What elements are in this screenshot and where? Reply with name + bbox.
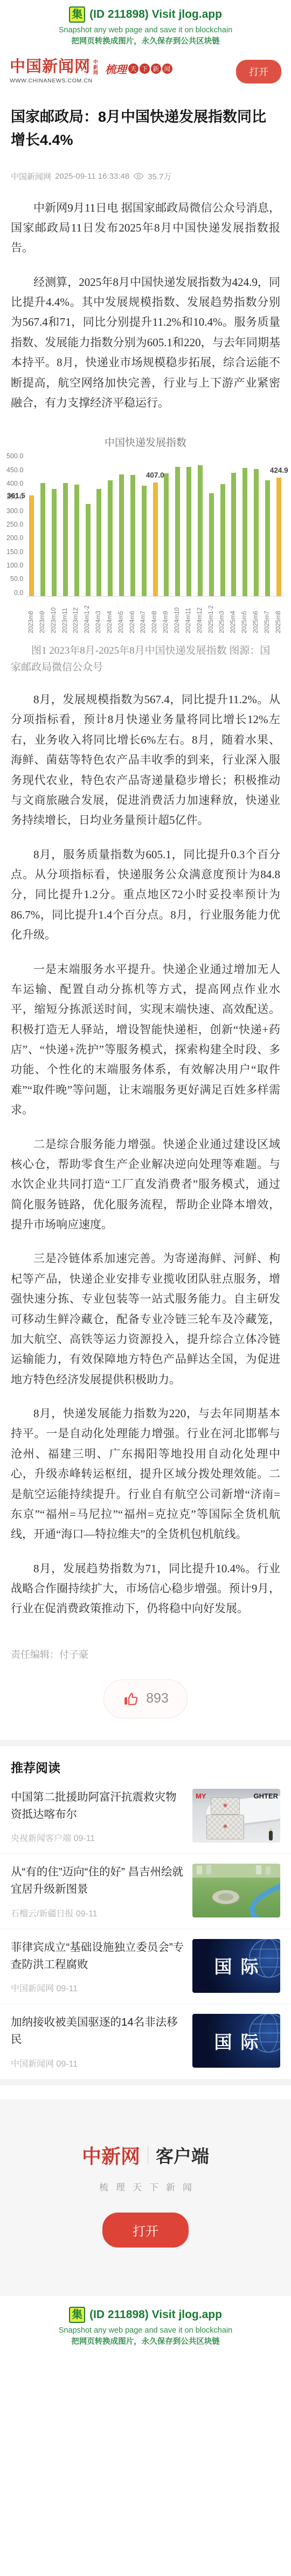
recommend-item[interactable]: 菲律宾成立“基础设施独立委员会”专查防洪工程腐败 中国新闻网 09-11 国际 — [0, 1929, 291, 2004]
chinanews-logo[interactable]: 中国新闻网 中新网 WWW.CHINANEWS.COM.CN — [10, 59, 98, 84]
editor-line: 责任编辑：付子豪 — [0, 1633, 291, 1661]
logo-side-text: 中新网 — [92, 59, 98, 75]
chart-x-tick: 2023m11 — [63, 599, 69, 633]
chart-bar — [186, 467, 191, 596]
like-count: 893 — [146, 1691, 169, 1706]
chart-x-tick: 2024m10 — [175, 599, 181, 633]
chart-bar — [96, 489, 101, 596]
chart-x-tick: 2025m3 — [219, 599, 226, 633]
footer-client-label: 客户端 — [156, 2143, 209, 2168]
slogan-circle: 下 — [140, 64, 150, 74]
chart-bar — [209, 493, 214, 596]
ji-icon: 集 — [69, 6, 85, 23]
chart-value-label: 361.5 — [7, 492, 25, 500]
article-paragraph: 一是末端服务水平提升。快递企业通过增加无人车运输、配置自动分拣机等方式，提高网点… — [11, 960, 280, 1121]
promo-subtitle-cn: 把网页转换成图片，永久保存到公共区块链 — [0, 35, 291, 46]
chart-value-label: 424.9 — [270, 466, 288, 474]
jlog-promo-banner-bottom[interactable]: 集 (ID 211898) Visit jlog.app Snapshot an… — [0, 2296, 291, 2352]
figure-caption: 图1 2023年8月-2025年8月中国快递发展指数 图源：国家邮政局微信公众号 — [0, 633, 291, 676]
chart-x-tick: 2024m11 — [186, 599, 192, 633]
site-header: 中国新闻网 中新网 WWW.CHINANEWS.COM.CN 梳理 天下新闻 打… — [0, 52, 291, 89]
jlog-promo-banner-top[interactable]: 集 (ID 211898) Visit jlog.app Snapshot an… — [0, 0, 291, 52]
thumb-up-icon — [122, 1690, 141, 1708]
chart-x-tick: 2023m10 — [51, 599, 58, 633]
footer-slogan: 梳理天下新闻 — [0, 2180, 291, 2193]
divider — [148, 2146, 148, 2164]
chart-plot-area: 361.5407.0424.9 — [26, 457, 285, 597]
chart-x-tick: 2025m4 — [231, 599, 237, 633]
logo-url: WWW.CHINANEWS.COM.CN — [10, 78, 98, 84]
chart-x-tick: 2024m3 — [96, 599, 102, 633]
chart-bar — [74, 485, 79, 596]
chart-x-axis: 2023m82023m92023m102023m112023m122024m1-… — [26, 597, 285, 633]
chart-x-tick: 2025m1-2 — [209, 599, 215, 633]
chart-y-axis: 500.0450.0400.0350.0300.0250.0200.0150.0… — [6, 453, 26, 596]
chart-x-tick: 2025m5 — [242, 599, 248, 633]
divider — [0, 1740, 291, 1746]
chart-x-tick: 2024m1-2 — [85, 599, 91, 633]
promo-subtitle-en: Snapshot any web page and save it on blo… — [0, 2326, 291, 2335]
chart-x-tick: 2024m6 — [130, 599, 136, 633]
chart-x-tick: 2025m7 — [265, 599, 271, 633]
recommend-item-source: 石榴云/新疆日报 09-11 — [11, 1907, 185, 1919]
chart-bar — [198, 465, 203, 596]
recommend-item-source: 中国新闻网 09-11 — [11, 1982, 185, 1994]
slogan-circle: 天 — [128, 64, 138, 74]
chart-bar — [231, 473, 236, 596]
article-paragraph: 8月，发展趋势指数为71，同比提升10.4%。行业战略合作圈持续扩大，市场信心稳… — [11, 1559, 280, 1619]
chart-x-tick: 2024m7 — [141, 599, 147, 633]
chart-x-tick: 2024m9 — [163, 599, 170, 633]
article-datetime: 2025-09-11 16:33:48 — [55, 172, 129, 181]
chart-x-tick: 2023m12 — [73, 599, 80, 633]
recommend-item-title[interactable]: 加纳接收被美国驱逐的14名非法移民 — [11, 2014, 185, 2048]
chart-bar — [63, 483, 68, 596]
chart-bar — [108, 480, 113, 596]
open-app-button-top[interactable]: 打开 — [236, 60, 281, 83]
divider — [0, 2079, 291, 2085]
article-paragraph: 二是综合服务能力增强。快递企业通过建设区域核心仓，帮助零食生产企业解决逆向处理等… — [11, 1135, 280, 1235]
chart-bar — [276, 478, 281, 596]
chart-bar — [153, 482, 158, 596]
chart-x-tick: 2024m5 — [119, 599, 125, 633]
promo-subtitle-en: Snapshot any web page and save it on blo… — [0, 26, 291, 34]
chart-x-tick: 2024m12 — [197, 599, 204, 633]
article-paragraph: 8月，服务质量指数为605.1，同比提升0.3个百分点。从分项指标看，快递服务公… — [11, 845, 280, 946]
express-index-chart: 中国快递发展指数 500.0450.0400.0350.0300.0250.02… — [0, 427, 291, 633]
chart-title: 中国快递发展指数 — [4, 435, 287, 449]
chart-bar — [265, 480, 270, 596]
chart-bar — [175, 467, 180, 596]
recommend-item[interactable]: 加纳接收被美国驱逐的14名非法移民 中国新闻网 09-11 国际 — [0, 2004, 291, 2079]
recommend-item[interactable]: 中国第二批援助阿富汗抗震救灾物资抵达喀布尔 央视新闻客户端 09-11 MYGH… — [0, 1779, 291, 1854]
recommend-item-title[interactable]: 中国第二批援助阿富汗抗震救灾物资抵达喀布尔 — [11, 1789, 185, 1823]
article-body-top: 中新网9月11日电 据国家邮政局微信公众号消息，国家邮政局11日发布2025年8… — [0, 198, 291, 414]
chart-bar — [40, 483, 45, 596]
chart-bar — [142, 486, 147, 596]
article-thumbnail-international[interactable]: 国际 — [192, 2014, 280, 2068]
footer-logo: 中新网 — [82, 2141, 140, 2169]
recommend-heading: 推荐阅读 — [0, 1746, 291, 1779]
chart-x-tick: 2023m8 — [29, 599, 35, 633]
article-thumbnail-international[interactable]: 国际 — [192, 1939, 280, 1993]
chart-x-tick: 2024m8 — [152, 599, 158, 633]
chart-bar — [119, 474, 124, 596]
slogan-prefix: 梳理 — [105, 61, 127, 76]
promo-subtitle-cn: 把网页转换成图片，永久保存到公共区块链 — [0, 2335, 291, 2347]
open-app-button-footer[interactable]: 打开 — [102, 2213, 189, 2248]
views-count: 35.7万 — [148, 171, 171, 182]
article-paragraph: 三是冷链体系加速完善。为寄递海鲜、河鲜、枸杞等产品，快递企业安排专业揽收团队驻点… — [11, 1249, 280, 1390]
ji-icon: 集 — [69, 2307, 85, 2323]
like-button[interactable]: 893 — [103, 1679, 188, 1718]
slogan-circle: 新 — [151, 64, 161, 74]
article-thumbnail-aerial-city[interactable] — [192, 1864, 280, 1917]
recommend-list: 中国第二批援助阿富汗抗震救灾物资抵达喀布尔 央视新闻客户端 09-11 MYGH… — [0, 1779, 291, 2079]
recommend-item-title[interactable]: 菲律宾成立“基础设施独立委员会”专查防洪工程腐败 — [11, 1939, 185, 1973]
chart-bar — [86, 504, 91, 596]
article-body-bottom: 8月，发展规模指数为567.4，同比提升11.2%。从分项指标看，预计8月快递业… — [0, 690, 291, 1619]
chart-bar — [52, 489, 57, 596]
chart-x-tick: 2024m4 — [107, 599, 114, 633]
slogan-circle: 闻 — [162, 64, 172, 74]
recommend-item[interactable]: 从“有的住”迈向“住的好” 昌吉州绘就宜居升级新图景 石榴云/新疆日报 09-1… — [0, 1853, 291, 1929]
promo-id-text: (ID 211898) Visit jlog.app — [89, 2308, 222, 2321]
chart-bar — [164, 473, 169, 596]
chart-x-tick: 2025m8 — [276, 599, 282, 633]
app-promo-footer: 中新网 客户端 梳理天下新闻 打开 — [0, 2099, 291, 2296]
promo-id-text: (ID 211898) Visit jlog.app — [89, 8, 222, 21]
chart-x-tick: 2025m6 — [253, 599, 260, 633]
article-source: 中国新闻网 — [11, 171, 51, 182]
recommend-item-title[interactable]: 从“有的住”迈向“住的好” 昌吉州绘就宜居升级新图景 — [11, 1864, 185, 1898]
article-meta: 中国新闻网 2025-09-11 16:33:48 35.7万 — [0, 165, 291, 184]
article-paragraph: 8月，发展规模指数为567.4，同比提升11.2%。从分项指标看，预计8月快递业… — [11, 690, 280, 831]
chart-bar — [220, 484, 225, 596]
article-paragraph: 中新网9月11日电 据国家邮政局微信公众号消息，国家邮政局11日发布2025年8… — [11, 198, 280, 258]
article-title: 国家邮政局：8月中国快递发展指数同比增长4.4% — [0, 99, 291, 155]
chart-bar — [29, 495, 34, 596]
recommend-item-source: 中国新闻网 09-11 — [11, 2057, 185, 2069]
recommend-item-source: 央视新闻客户端 09-11 — [11, 1831, 185, 1844]
chart-bar — [254, 469, 259, 596]
chart-x-tick: 2023m9 — [40, 599, 46, 633]
article-paragraph: 8月，快递发展能力指数为220，与去年同期基本持平。一是自动化处理能力增强。行业… — [11, 1404, 280, 1545]
article-thumbnail-cargo-plane[interactable]: MYGHTER ❋ ❋ — [192, 1789, 280, 1843]
chart-value-label: 407.0 — [146, 471, 164, 479]
logo-text: 中国新闻网 — [10, 59, 91, 75]
chart-bar — [130, 475, 135, 596]
views-eye-icon — [133, 171, 144, 181]
slogan-logo: 梳理 天下新闻 — [105, 61, 172, 76]
chart-bar — [242, 468, 247, 596]
article-paragraph: 经测算，2025年8月中国快递发展指数为424.9，同比提升4.4%。其中发展规… — [11, 272, 280, 414]
